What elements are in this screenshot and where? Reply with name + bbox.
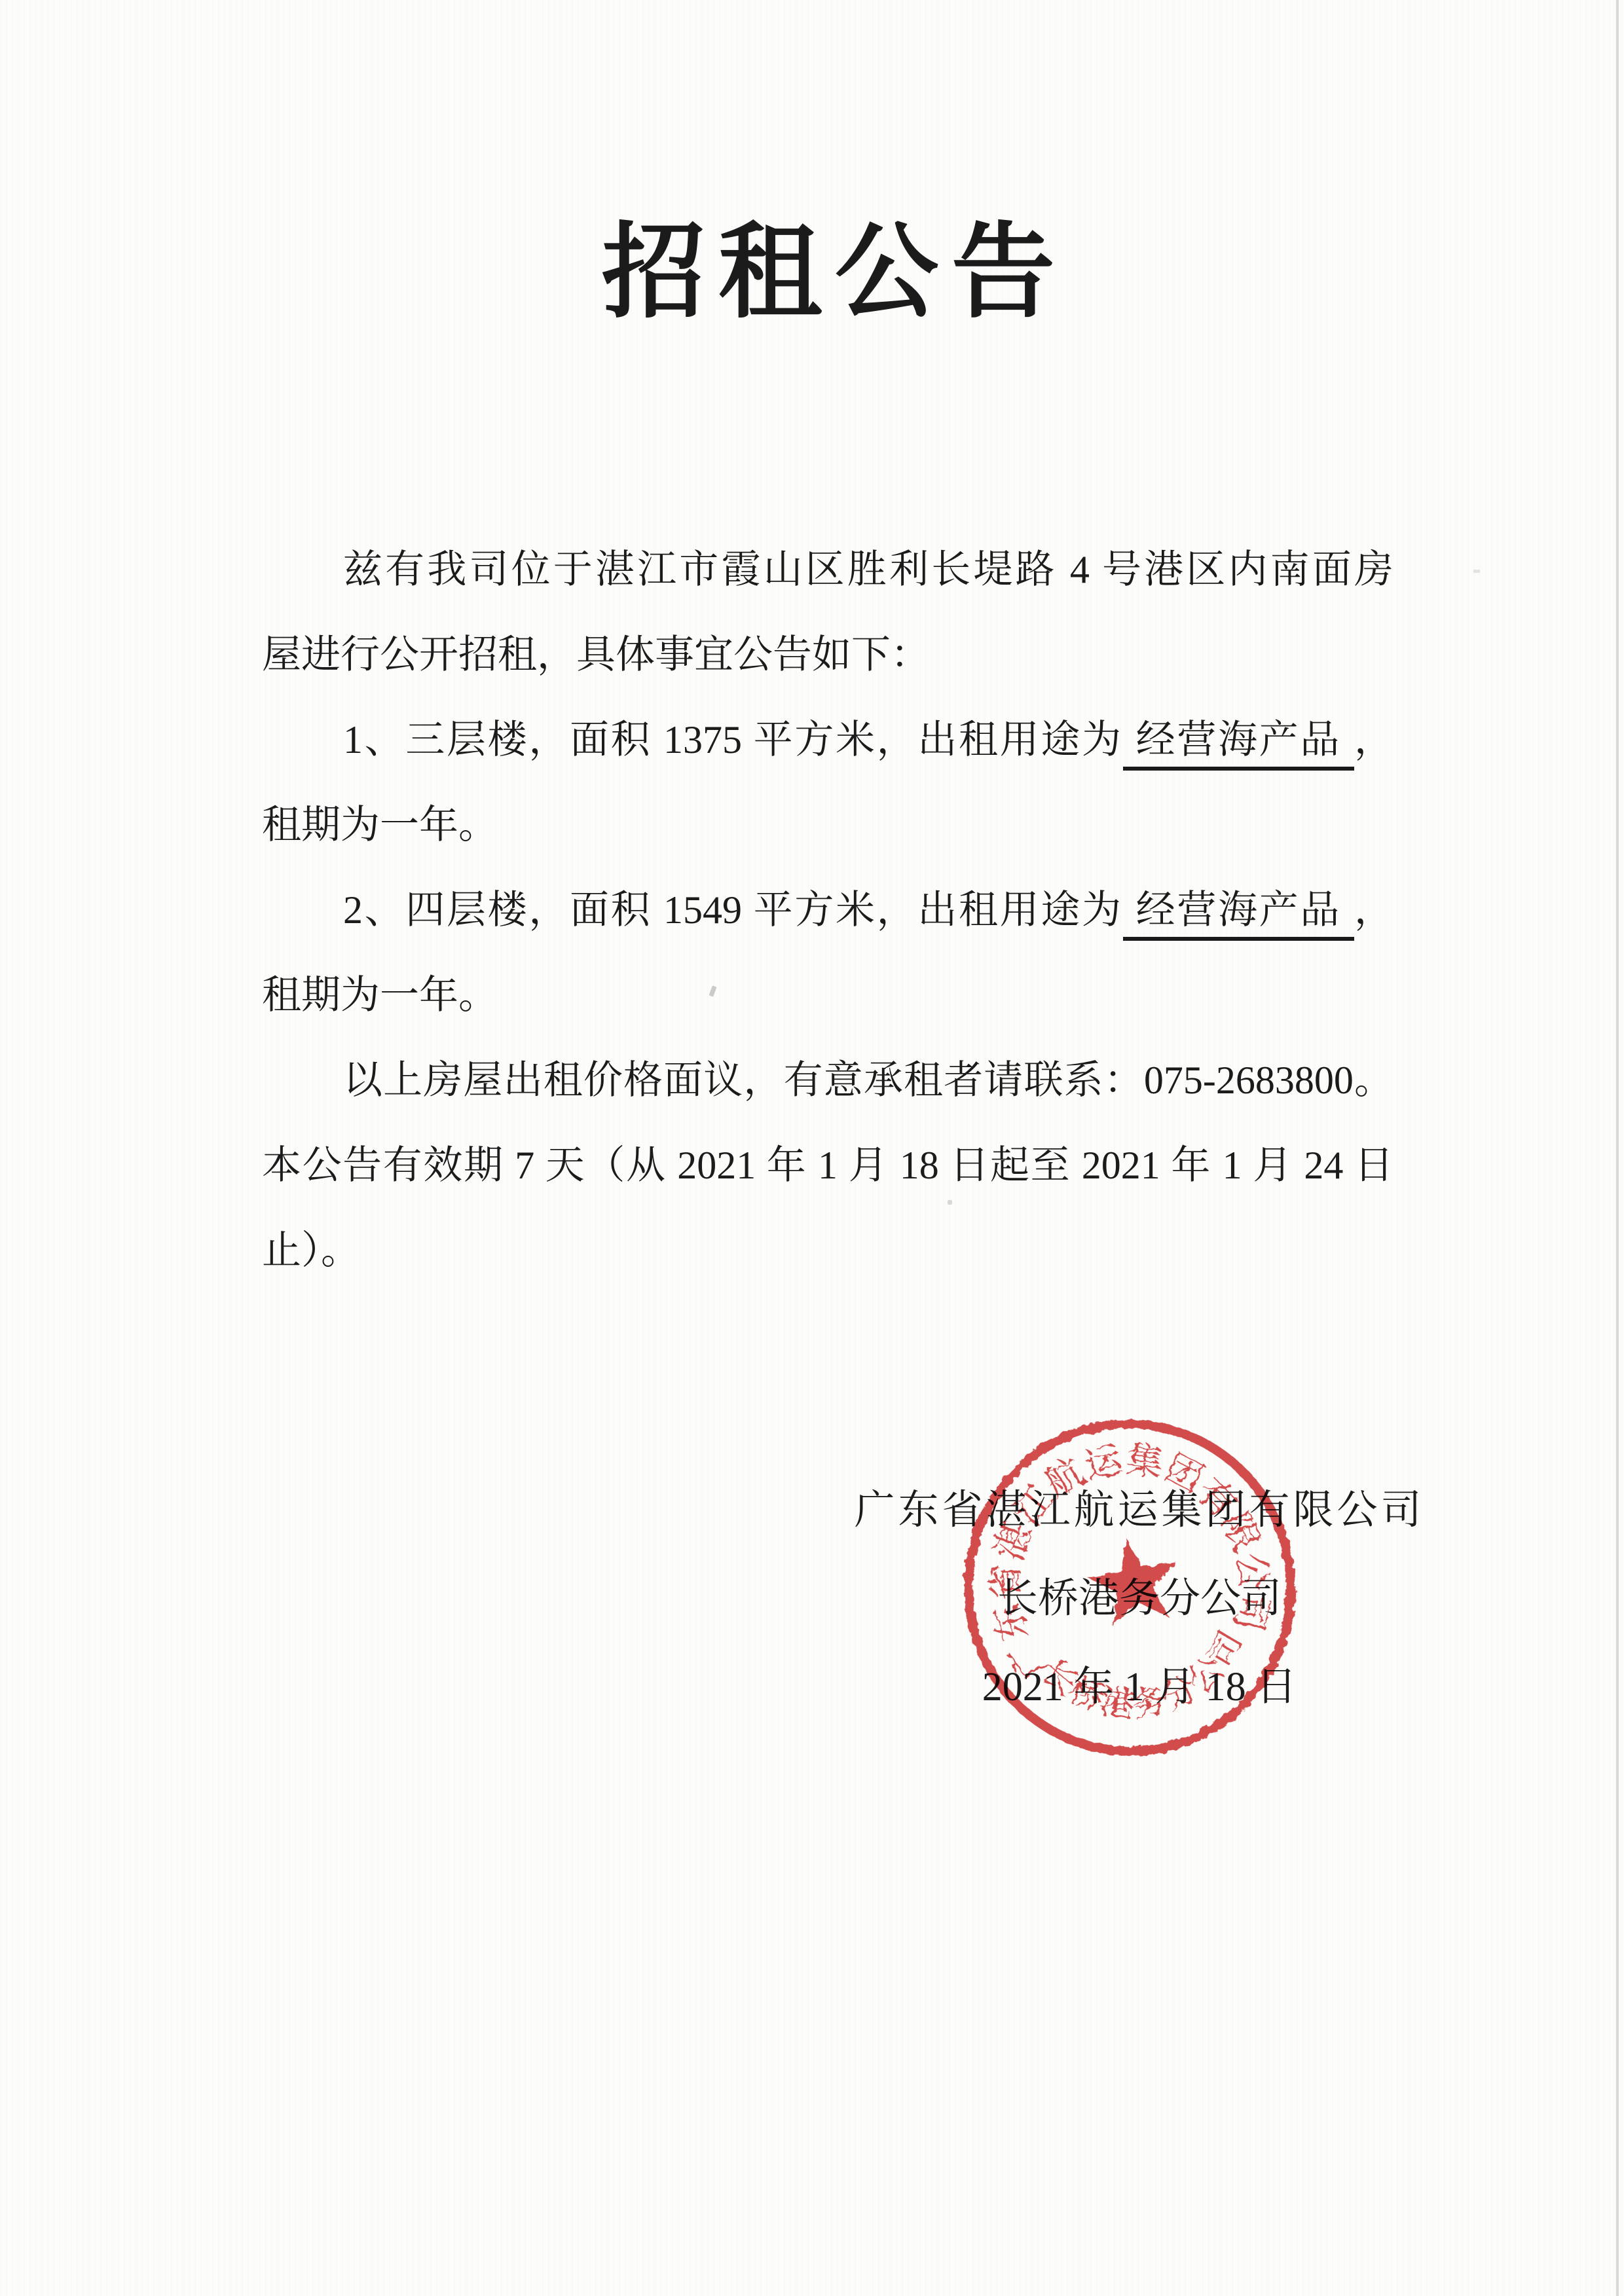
body-line-item2-cont: 租期为一年。 [262,953,1393,1038]
seal-star-icon [1082,1530,1185,1630]
body-line-validity-1: 本公告有效期 7 天（从 2021 年 1 月 18 日起至 2021 年 1 … [262,1123,1393,1208]
page-title: 招租公告 [0,216,1624,331]
body-text-run: 2、四层楼，面积 1549 平方米，出租用途为 [343,888,1123,932]
body-text-run: 屋进行公开招租，具体事宜公告如下： [262,633,930,676]
body-line-contact: 以上房屋出租价格面议，有意承租者请联系：075-2683800。 [262,1038,1393,1123]
company-seal-stamp-icon: 广东省湛江航运集团有限公司 长桥港务分公司 [946,1404,1313,1771]
body-text-run: 本公告有效期 7 天（从 2021 年 1 月 18 日起至 2021 年 1 … [262,1144,1393,1187]
body-line-item2: 2、四层楼，面积 1549 平方米，出租用途为经营海产品， [262,867,1393,953]
body-line-item1-cont: 租期为一年。 [262,782,1393,867]
underlined-usage-2: 经营海产品 [1123,888,1354,941]
scan-speck [1473,570,1480,573]
body-text-run: 兹有我司位于湛江市霞山区胜利长堤路 4 号港区内南面房 [343,548,1393,591]
body-text-run: 止）。 [262,1229,360,1272]
body-line-para1-1: 兹有我司位于湛江市霞山区胜利长堤路 4 号港区内南面房 [262,527,1393,612]
scanner-edge-shadow [1616,0,1619,2296]
body-text-run: 1、三层楼，面积 1375 平方米，出租用途为 [343,718,1123,761]
announcement-body: 兹有我司位于湛江市霞山区胜利长堤路 4 号港区内南面房 屋进行公开招租，具体事宜… [262,527,1393,1293]
body-text-run: 以上房屋出租价格面议，有意承租者请联系：075-2683800。 [343,1059,1393,1102]
body-text-run: 租期为一年。 [262,974,498,1017]
body-line-item1: 1、三层楼，面积 1375 平方米，出租用途为经营海产品， [262,697,1393,782]
scan-speck [948,1200,952,1205]
body-text-run: 租期为一年。 [262,803,498,847]
body-line-para1-2: 屋进行公开招租，具体事宜公告如下： [262,612,1393,697]
underlined-usage-1: 经营海产品 [1123,718,1354,771]
scanned-announcement-page: 招租公告 兹有我司位于湛江市霞山区胜利长堤路 4 号港区内南面房 屋进行公开招租… [0,0,1624,2296]
body-line-validity-2: 止）。 [262,1208,1393,1293]
body-text-run: ， [1354,718,1393,761]
body-text-run: ， [1354,888,1393,932]
